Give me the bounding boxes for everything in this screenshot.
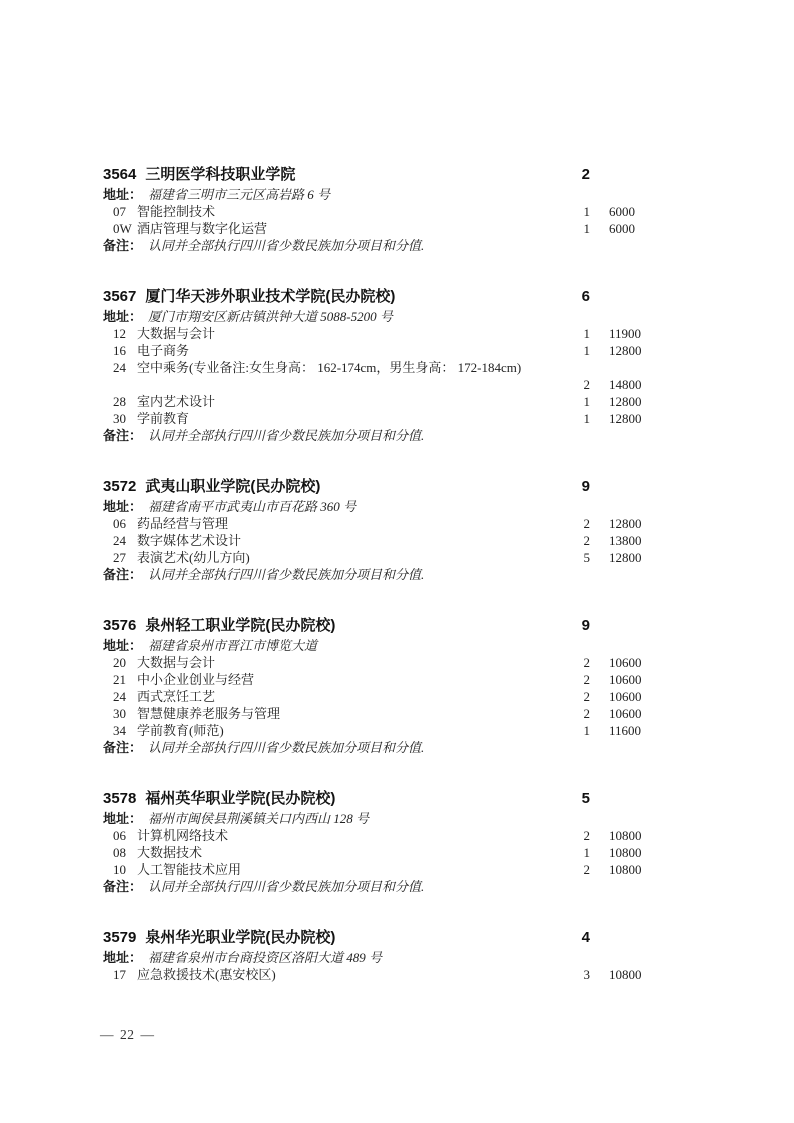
program-title: 20大数据与会计: [103, 654, 560, 671]
program-fee: 10600: [590, 688, 648, 705]
program-count: 2: [560, 654, 590, 671]
program-fee: 10600: [590, 654, 648, 671]
program-row: 30学前教育 1 12800: [103, 410, 648, 427]
program-name: 空中乘务(专业备注:女生身高： 162-174cm，男生身高： 172-184c…: [137, 360, 521, 375]
program-name: 药品经营与管理: [137, 516, 228, 531]
program-row: 20大数据与会计 2 10600: [103, 654, 648, 671]
school-address-line: 地址：福建省泉州市晋江市博览大道: [103, 637, 648, 654]
school-title: 3578福州英华职业学院(民办院校): [103, 789, 560, 809]
program-title: 06药品经营与管理: [103, 515, 560, 532]
school-note-line: 备注：认同并全部执行四川省少数民族加分项目和分值.: [103, 427, 648, 444]
program-row: 28室内艺术设计 1 12800: [103, 393, 648, 410]
program-count: 3: [560, 966, 590, 983]
program-row: 08大数据技术 1 10800: [103, 844, 648, 861]
school-section: 3576泉州轻工职业学院(民办院校) 9 地址：福建省泉州市晋江市博览大道 20…: [103, 616, 648, 756]
note-text: 认同并全部执行四川省少数民族加分项目和分值.: [148, 740, 424, 755]
school-header: 3579泉州华光职业学院(民办院校) 4: [103, 928, 648, 948]
program-code: 17: [113, 966, 137, 983]
school-code: 3579: [103, 929, 136, 946]
program-count: 1: [560, 342, 590, 359]
program-fee: 10800: [590, 861, 648, 878]
address-text: 福建省泉州市晋江市博览大道: [148, 638, 317, 653]
school-header: 3567厦门华天涉外职业技术学院(民办院校) 6: [103, 287, 648, 307]
program-name: 人工智能技术应用: [137, 862, 241, 877]
program-row: 07智能控制技术 1 6000: [103, 203, 648, 220]
program-code: 24: [113, 688, 137, 705]
school-note-line: 备注：认同并全部执行四川省少数民族加分项目和分值.: [103, 237, 648, 254]
program-count: 2: [560, 705, 590, 722]
program-code: 21: [113, 671, 137, 688]
school-name: 武夷山职业学院(民办院校): [145, 478, 320, 495]
school-plan-count: 9: [560, 477, 590, 497]
program-name: 电子商务: [137, 343, 189, 358]
page-footer: —22—: [100, 1026, 155, 1043]
program-code: 24: [113, 359, 137, 376]
program-count: 2: [560, 688, 590, 705]
note-label: 备注：: [103, 567, 142, 582]
program-fee: 6000: [590, 203, 648, 220]
page-number: 22: [120, 1027, 135, 1042]
program-name: 表演艺术(幼儿方向): [137, 550, 250, 565]
program-fee: 13800: [590, 532, 648, 549]
program-rows: 06药品经营与管理 2 12800 24数字媒体艺术设计 2 13800 27表…: [103, 515, 648, 566]
school-name: 厦门华天涉外职业技术学院(民办院校): [145, 288, 395, 305]
program-code: 08: [113, 844, 137, 861]
school-header: 3564三明医学科技职业学院 2: [103, 165, 648, 185]
program-name: 应急救援技术(惠安校区): [137, 967, 276, 982]
program-count: 2: [560, 515, 590, 532]
note-text: 认同并全部执行四川省少数民族加分项目和分值.: [148, 567, 424, 582]
program-code: 30: [113, 410, 137, 427]
program-count: 2: [560, 532, 590, 549]
program-name: 西式烹饪工艺: [137, 689, 215, 704]
program-code: 06: [113, 827, 137, 844]
school-address-line: 地址：福建省南平市武夷山市百花路 360 号: [103, 498, 648, 515]
program-title: 21中小企业创业与经营: [103, 671, 560, 688]
program-row: 24数字媒体艺术设计 2 13800: [103, 532, 648, 549]
program-row: 16电子商务 1 12800: [103, 342, 648, 359]
program-row: 34学前教育(师范) 1 11600: [103, 722, 648, 739]
note-label: 备注：: [103, 238, 142, 253]
program-name: 室内艺术设计: [137, 394, 215, 409]
program-fee: 12800: [590, 393, 648, 410]
program-fee: 10800: [590, 844, 648, 861]
address-label: 地址：: [103, 811, 142, 826]
program-rows: 20大数据与会计 2 10600 21中小企业创业与经营 2 10600 24西…: [103, 654, 648, 739]
school-address-line: 地址：福建省泉州市台商投资区洛阳大道 489 号: [103, 949, 648, 966]
school-header-spacer: [590, 477, 648, 497]
program-row: 27表演艺术(幼儿方向) 5 12800: [103, 549, 648, 566]
program-title: 06计算机网络技术: [103, 827, 560, 844]
program-count: 2: [560, 376, 590, 393]
program-code: 06: [113, 515, 137, 532]
program-name: 中小企业创业与经营: [137, 672, 254, 687]
program-fee: 10600: [590, 671, 648, 688]
program-title: 16电子商务: [103, 342, 560, 359]
program-code: 24: [113, 532, 137, 549]
school-name: 泉州华光职业学院(民办院校): [145, 929, 335, 946]
program-code: 16: [113, 342, 137, 359]
school-plan-count: 6: [560, 287, 590, 307]
admission-plan-list: 3564三明医学科技职业学院 2 地址：福建省三明市三元区高岩路 6 号 07智…: [0, 0, 648, 983]
program-fee: 6000: [590, 220, 648, 237]
footer-left-dash: —: [100, 1027, 114, 1042]
program-title: 12大数据与会计: [103, 325, 560, 342]
document-page: 3564三明医学科技职业学院 2 地址：福建省三明市三元区高岩路 6 号 07智…: [0, 0, 794, 1123]
address-text: 厦门市翔安区新店镇洪钟大道 5088-5200 号: [148, 309, 393, 324]
address-label: 地址：: [103, 638, 142, 653]
school-header-spacer: [590, 789, 648, 809]
program-code: 30: [113, 705, 137, 722]
school-note-line: 备注：认同并全部执行四川省少数民族加分项目和分值.: [103, 878, 648, 895]
note-label: 备注：: [103, 879, 142, 894]
program-fee: 12800: [590, 342, 648, 359]
school-address-line: 地址：福州市闽侯县荆溪镇关口内西山 128 号: [103, 810, 648, 827]
address-label: 地址：: [103, 309, 142, 324]
program-code: 10: [113, 861, 137, 878]
program-count: 1: [560, 203, 590, 220]
school-section: 3572武夷山职业学院(民办院校) 9 地址：福建省南平市武夷山市百花路 360…: [103, 477, 648, 583]
school-section: 3564三明医学科技职业学院 2 地址：福建省三明市三元区高岩路 6 号 07智…: [103, 165, 648, 254]
address-label: 地址：: [103, 950, 142, 965]
program-name: 学前教育(师范): [137, 723, 224, 738]
school-header-spacer: [590, 287, 648, 307]
program-title: 30智慧健康养老服务与管理: [103, 705, 560, 722]
program-count: 5: [560, 549, 590, 566]
program-row: 06药品经营与管理 2 12800: [103, 515, 648, 532]
program-title: 28室内艺术设计: [103, 393, 560, 410]
program-code: 34: [113, 722, 137, 739]
program-fee: 10800: [590, 827, 648, 844]
school-address-line: 地址：厦门市翔安区新店镇洪钟大道 5088-5200 号: [103, 308, 648, 325]
program-name: 大数据与会计: [137, 326, 215, 341]
school-note-line: 备注：认同并全部执行四川省少数民族加分项目和分值.: [103, 739, 648, 756]
program-row: 24空中乘务(专业备注:女生身高： 162-174cm，男生身高： 172-18…: [103, 359, 648, 376]
program-row: 12大数据与会计 1 11900: [103, 325, 648, 342]
address-text: 福建省南平市武夷山市百花路 360 号: [148, 499, 356, 514]
school-section: 3579泉州华光职业学院(民办院校) 4 地址：福建省泉州市台商投资区洛阳大道 …: [103, 928, 648, 983]
program-fee: 14800: [590, 376, 648, 393]
program-row: 06计算机网络技术 2 10800: [103, 827, 648, 844]
program-count: 1: [560, 410, 590, 427]
program-code: 0W: [113, 220, 137, 237]
program-rows: 06计算机网络技术 2 10800 08大数据技术 1 10800 10人工智能…: [103, 827, 648, 878]
program-fee: 10800: [590, 966, 648, 983]
program-name: 学前教育: [137, 411, 189, 426]
school-title: 3572武夷山职业学院(民办院校): [103, 477, 560, 497]
address-text: 福建省三明市三元区高岩路 6 号: [148, 187, 330, 202]
program-row: 30智慧健康养老服务与管理 2 10600: [103, 705, 648, 722]
program-title: 24数字媒体艺术设计: [103, 532, 560, 549]
school-address-line: 地址：福建省三明市三元区高岩路 6 号: [103, 186, 648, 203]
school-title: 3576泉州轻工职业学院(民办院校): [103, 616, 560, 636]
school-name: 三明医学科技职业学院: [145, 166, 295, 183]
address-label: 地址：: [103, 499, 142, 514]
school-plan-count: 5: [560, 789, 590, 809]
program-name: 计算机网络技术: [137, 828, 228, 843]
program-code: 28: [113, 393, 137, 410]
school-plan-count: 9: [560, 616, 590, 636]
school-code: 3564: [103, 166, 136, 183]
school-note-line: 备注：认同并全部执行四川省少数民族加分项目和分值.: [103, 566, 648, 583]
program-title: 17应急救援技术(惠安校区): [103, 966, 560, 983]
school-code: 3578: [103, 790, 136, 807]
program-code: 27: [113, 549, 137, 566]
school-section: 3567厦门华天涉外职业技术学院(民办院校) 6 地址：厦门市翔安区新店镇洪钟大…: [103, 287, 648, 444]
address-text: 福建省泉州市台商投资区洛阳大道 489 号: [148, 950, 382, 965]
program-name: 酒店管理与数字化运营: [137, 221, 267, 236]
program-fee: 11900: [590, 325, 648, 342]
program-code: 12: [113, 325, 137, 342]
school-title: 3564三明医学科技职业学院: [103, 165, 560, 185]
program-fee: 12800: [590, 410, 648, 427]
school-name: 福州英华职业学院(民办院校): [145, 790, 335, 807]
program-count: 1: [560, 220, 590, 237]
program-title: 0W酒店管理与数字化运营: [103, 220, 560, 237]
program-count: 2: [560, 827, 590, 844]
program-rows: 07智能控制技术 1 6000 0W酒店管理与数字化运营 1 6000: [103, 203, 648, 237]
address-text: 福州市闽侯县荆溪镇关口内西山 128 号: [148, 811, 369, 826]
note-label: 备注：: [103, 740, 142, 755]
school-header-spacer: [590, 165, 648, 185]
address-label: 地址：: [103, 187, 142, 202]
program-name: 智能控制技术: [137, 204, 215, 219]
program-count: 2: [560, 671, 590, 688]
note-label: 备注：: [103, 428, 142, 443]
school-plan-count: 2: [560, 165, 590, 185]
school-header: 3578福州英华职业学院(民办院校) 5: [103, 789, 648, 809]
note-text: 认同并全部执行四川省少数民族加分项目和分值.: [148, 879, 424, 894]
school-header-spacer: [590, 928, 648, 948]
program-row: 17应急救援技术(惠安校区) 3 10800: [103, 966, 648, 983]
program-code: 07: [113, 203, 137, 220]
program-row: 10人工智能技术应用 2 10800: [103, 861, 648, 878]
program-title: 10人工智能技术应用: [103, 861, 560, 878]
program-code: 20: [113, 654, 137, 671]
school-section: 3578福州英华职业学院(民办院校) 5 地址：福州市闽侯县荆溪镇关口内西山 1…: [103, 789, 648, 895]
note-text: 认同并全部执行四川省少数民族加分项目和分值.: [148, 428, 424, 443]
program-name: 大数据技术: [137, 845, 202, 860]
program-title: [103, 376, 560, 393]
program-rows: 12大数据与会计 1 11900 16电子商务 1 12800 24空中乘务(专…: [103, 325, 648, 427]
program-fee: 11600: [590, 722, 648, 739]
program-title: 08大数据技术: [103, 844, 560, 861]
program-row: 2 14800: [103, 376, 648, 393]
program-rows: 17应急救援技术(惠安校区) 3 10800: [103, 966, 648, 983]
program-count: 2: [560, 861, 590, 878]
program-count: 1: [560, 722, 590, 739]
program-title: 34学前教育(师范): [103, 722, 560, 739]
program-count: 1: [560, 325, 590, 342]
school-header: 3576泉州轻工职业学院(民办院校) 9: [103, 616, 648, 636]
footer-right-dash: —: [141, 1027, 155, 1042]
program-name: 智慧健康养老服务与管理: [137, 706, 280, 721]
school-code: 3567: [103, 288, 136, 305]
school-title: 3567厦门华天涉外职业技术学院(民办院校): [103, 287, 560, 307]
school-code: 3572: [103, 478, 136, 495]
school-header: 3572武夷山职业学院(民办院校) 9: [103, 477, 648, 497]
program-title: 07智能控制技术: [103, 203, 560, 220]
program-count: 1: [560, 393, 590, 410]
program-title: 24西式烹饪工艺: [103, 688, 560, 705]
school-code: 3576: [103, 617, 136, 634]
program-count: 1: [560, 844, 590, 861]
program-fee: 12800: [590, 549, 648, 566]
school-header-spacer: [590, 616, 648, 636]
program-row: 0W酒店管理与数字化运营 1 6000: [103, 220, 648, 237]
note-text: 认同并全部执行四川省少数民族加分项目和分值.: [148, 238, 424, 253]
school-title: 3579泉州华光职业学院(民办院校): [103, 928, 560, 948]
school-plan-count: 4: [560, 928, 590, 948]
school-name: 泉州轻工职业学院(民办院校): [145, 617, 335, 634]
program-name: 大数据与会计: [137, 655, 215, 670]
program-row: 24西式烹饪工艺 2 10600: [103, 688, 648, 705]
program-fee: 12800: [590, 515, 648, 532]
program-fee: 10600: [590, 705, 648, 722]
program-title: 24空中乘务(专业备注:女生身高： 162-174cm，男生身高： 172-18…: [103, 359, 648, 376]
program-name: 数字媒体艺术设计: [137, 533, 241, 548]
program-title: 30学前教育: [103, 410, 560, 427]
program-title: 27表演艺术(幼儿方向): [103, 549, 560, 566]
program-row: 21中小企业创业与经营 2 10600: [103, 671, 648, 688]
